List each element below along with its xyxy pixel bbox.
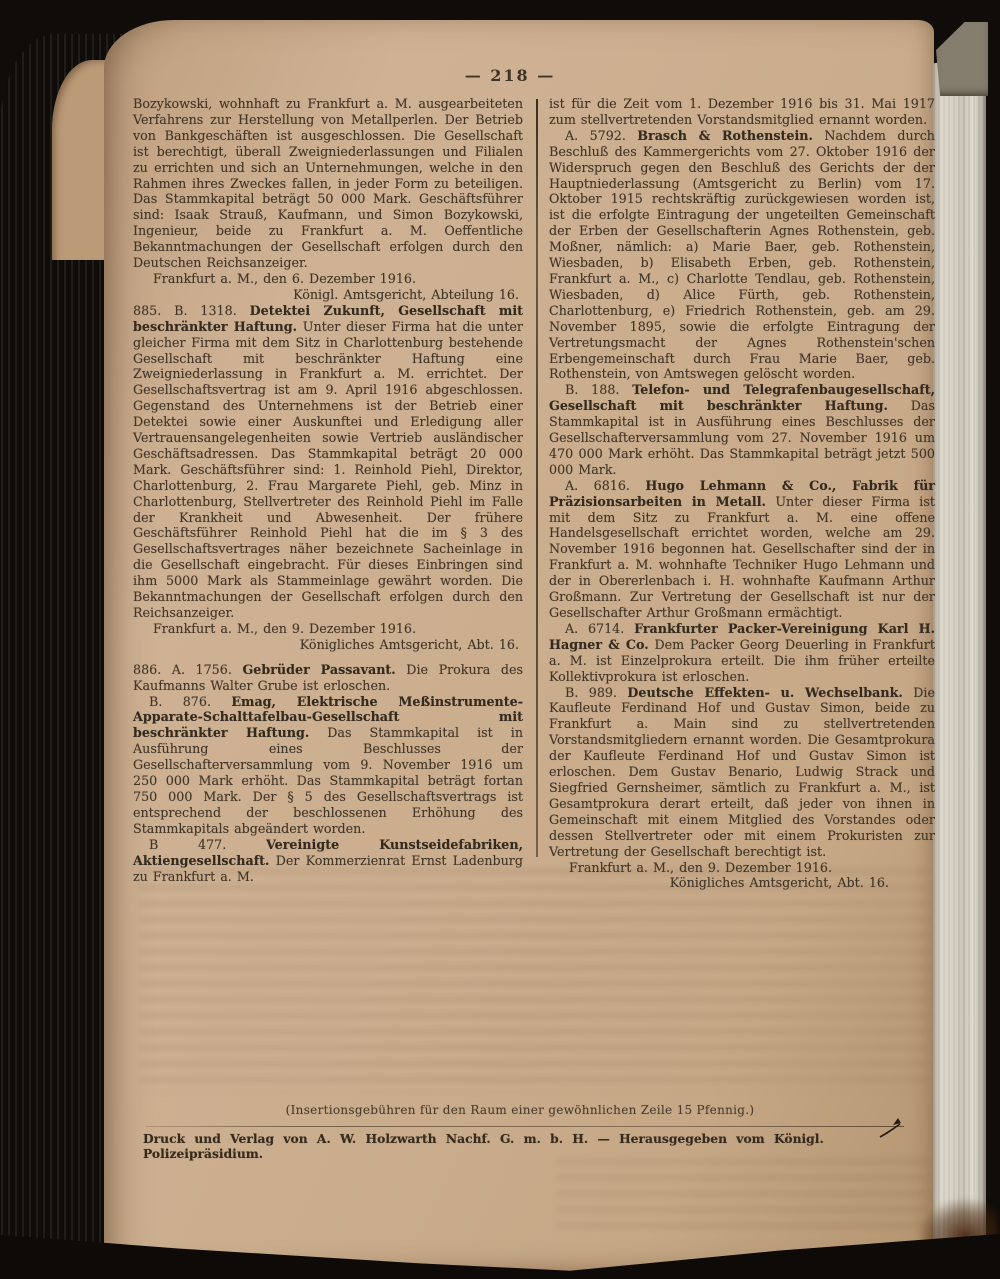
gazette-entry-a6714: A. 6714. Frankfurter Packer-Vereinigung …: [549, 621, 935, 685]
entry-code: 885. B. 1318.: [133, 303, 237, 318]
gazette-entry-b188: B. 188. Telefon- und Telegrafenbaugesell…: [549, 382, 935, 477]
firm-name: Deutsche Effekten- u. Wechselbank.: [627, 685, 902, 700]
entry-body: Unter dieser Firma hat die unter gleiche…: [133, 319, 523, 620]
gazette-entry-a5792: A. 5792. Brasch & Rothenstein. Nachdem d…: [549, 128, 935, 383]
gazette-entry-885: 885. B. 1318. Detektei Zukunft, Gesellsc…: [133, 303, 523, 621]
entry-code: 886. A. 1756.: [133, 662, 232, 677]
gazette-entry-a6816: A. 6816. Hugo Lehmann & Co., Fabrik für …: [549, 478, 935, 621]
entry-code: B. 188.: [565, 382, 619, 397]
continuation-paragraph: Bozykowski, wohnhaft zu Frankfurt a. M. …: [133, 96, 523, 271]
court-signature: Königliches Amtsgericht, Abt. 16.: [133, 637, 523, 653]
entry-body: Nachdem durch Beschluß des Kammergericht…: [549, 128, 935, 382]
dateline: Frankfurt a. M., den 6. Dezember 1916.: [133, 271, 523, 287]
firm-name: Gebrüder Passavant.: [242, 662, 395, 677]
entry-body: Das Stammkapital ist in Ausführung eines…: [133, 725, 523, 835]
entry-body: Die Kaufleute Ferdinand Hof und Gustav S…: [549, 685, 935, 859]
entry-code: B. 876.: [149, 694, 211, 709]
entry-code: B 477.: [149, 837, 226, 852]
firm-name: Brasch & Rothenstein.: [637, 128, 813, 143]
gazette-entry-b989: B. 989. Deutsche Effekten- u. Wechselban…: [549, 685, 935, 860]
court-signature: Königliches Amtsgericht, Abt. 16.: [549, 875, 935, 891]
footer-rule: [146, 1126, 904, 1127]
right-column: ist für die Zeit vom 1. Dezember 1916 bi…: [549, 96, 935, 891]
right-page-edge-strip: [933, 54, 986, 1239]
entry-code: A. 6714.: [565, 621, 624, 636]
entry-body: Unter dieser Firma ist mit dem Sitz zu F…: [549, 494, 935, 620]
column-divider-rule: [536, 99, 538, 857]
dateline: Frankfurt a. M., den 9. Dezember 1916.: [133, 621, 523, 637]
scanned-book-page: — 218 — Bozykowski, wohnhaft zu Frankfur…: [0, 0, 1000, 1279]
show-through-texture: [138, 868, 928, 1093]
top-right-corner-wedge: [936, 22, 988, 96]
ink-arrow-mark: [878, 1116, 908, 1144]
show-through-texture: [556, 1158, 928, 1230]
entry-code: A. 5792.: [565, 128, 626, 143]
entry-code: B. 989.: [565, 685, 617, 700]
gazette-entry-886: 886. A. 1756. Gebrüder Passavant. Die Pr…: [133, 662, 523, 694]
page-number: — 218 —: [110, 66, 910, 85]
court-signature: Königl. Amtsgericht, Abteilung 16.: [133, 287, 523, 303]
continuation-paragraph: ist für die Zeit vom 1. Dezember 1916 bi…: [549, 96, 935, 128]
gazette-entry-b477: B 477. Vereinigte Kunstseidefabriken, Ak…: [133, 837, 523, 885]
gazette-entry-b876: B. 876. Emag, Elektrische Meßinstrumente…: [133, 694, 523, 837]
imprint-line: Druck und Verlag von A. W. Holzwarth Nac…: [143, 1131, 909, 1161]
dateline: Frankfurt a. M., den 9. Dezember 1916.: [549, 860, 935, 876]
entry-code: A. 6816.: [565, 478, 630, 493]
left-column: Bozykowski, wohnhaft zu Frankfurt a. M. …: [133, 96, 523, 884]
insertion-fee-notice: (Insertionsgebühren für den Raum einer g…: [110, 1103, 930, 1117]
